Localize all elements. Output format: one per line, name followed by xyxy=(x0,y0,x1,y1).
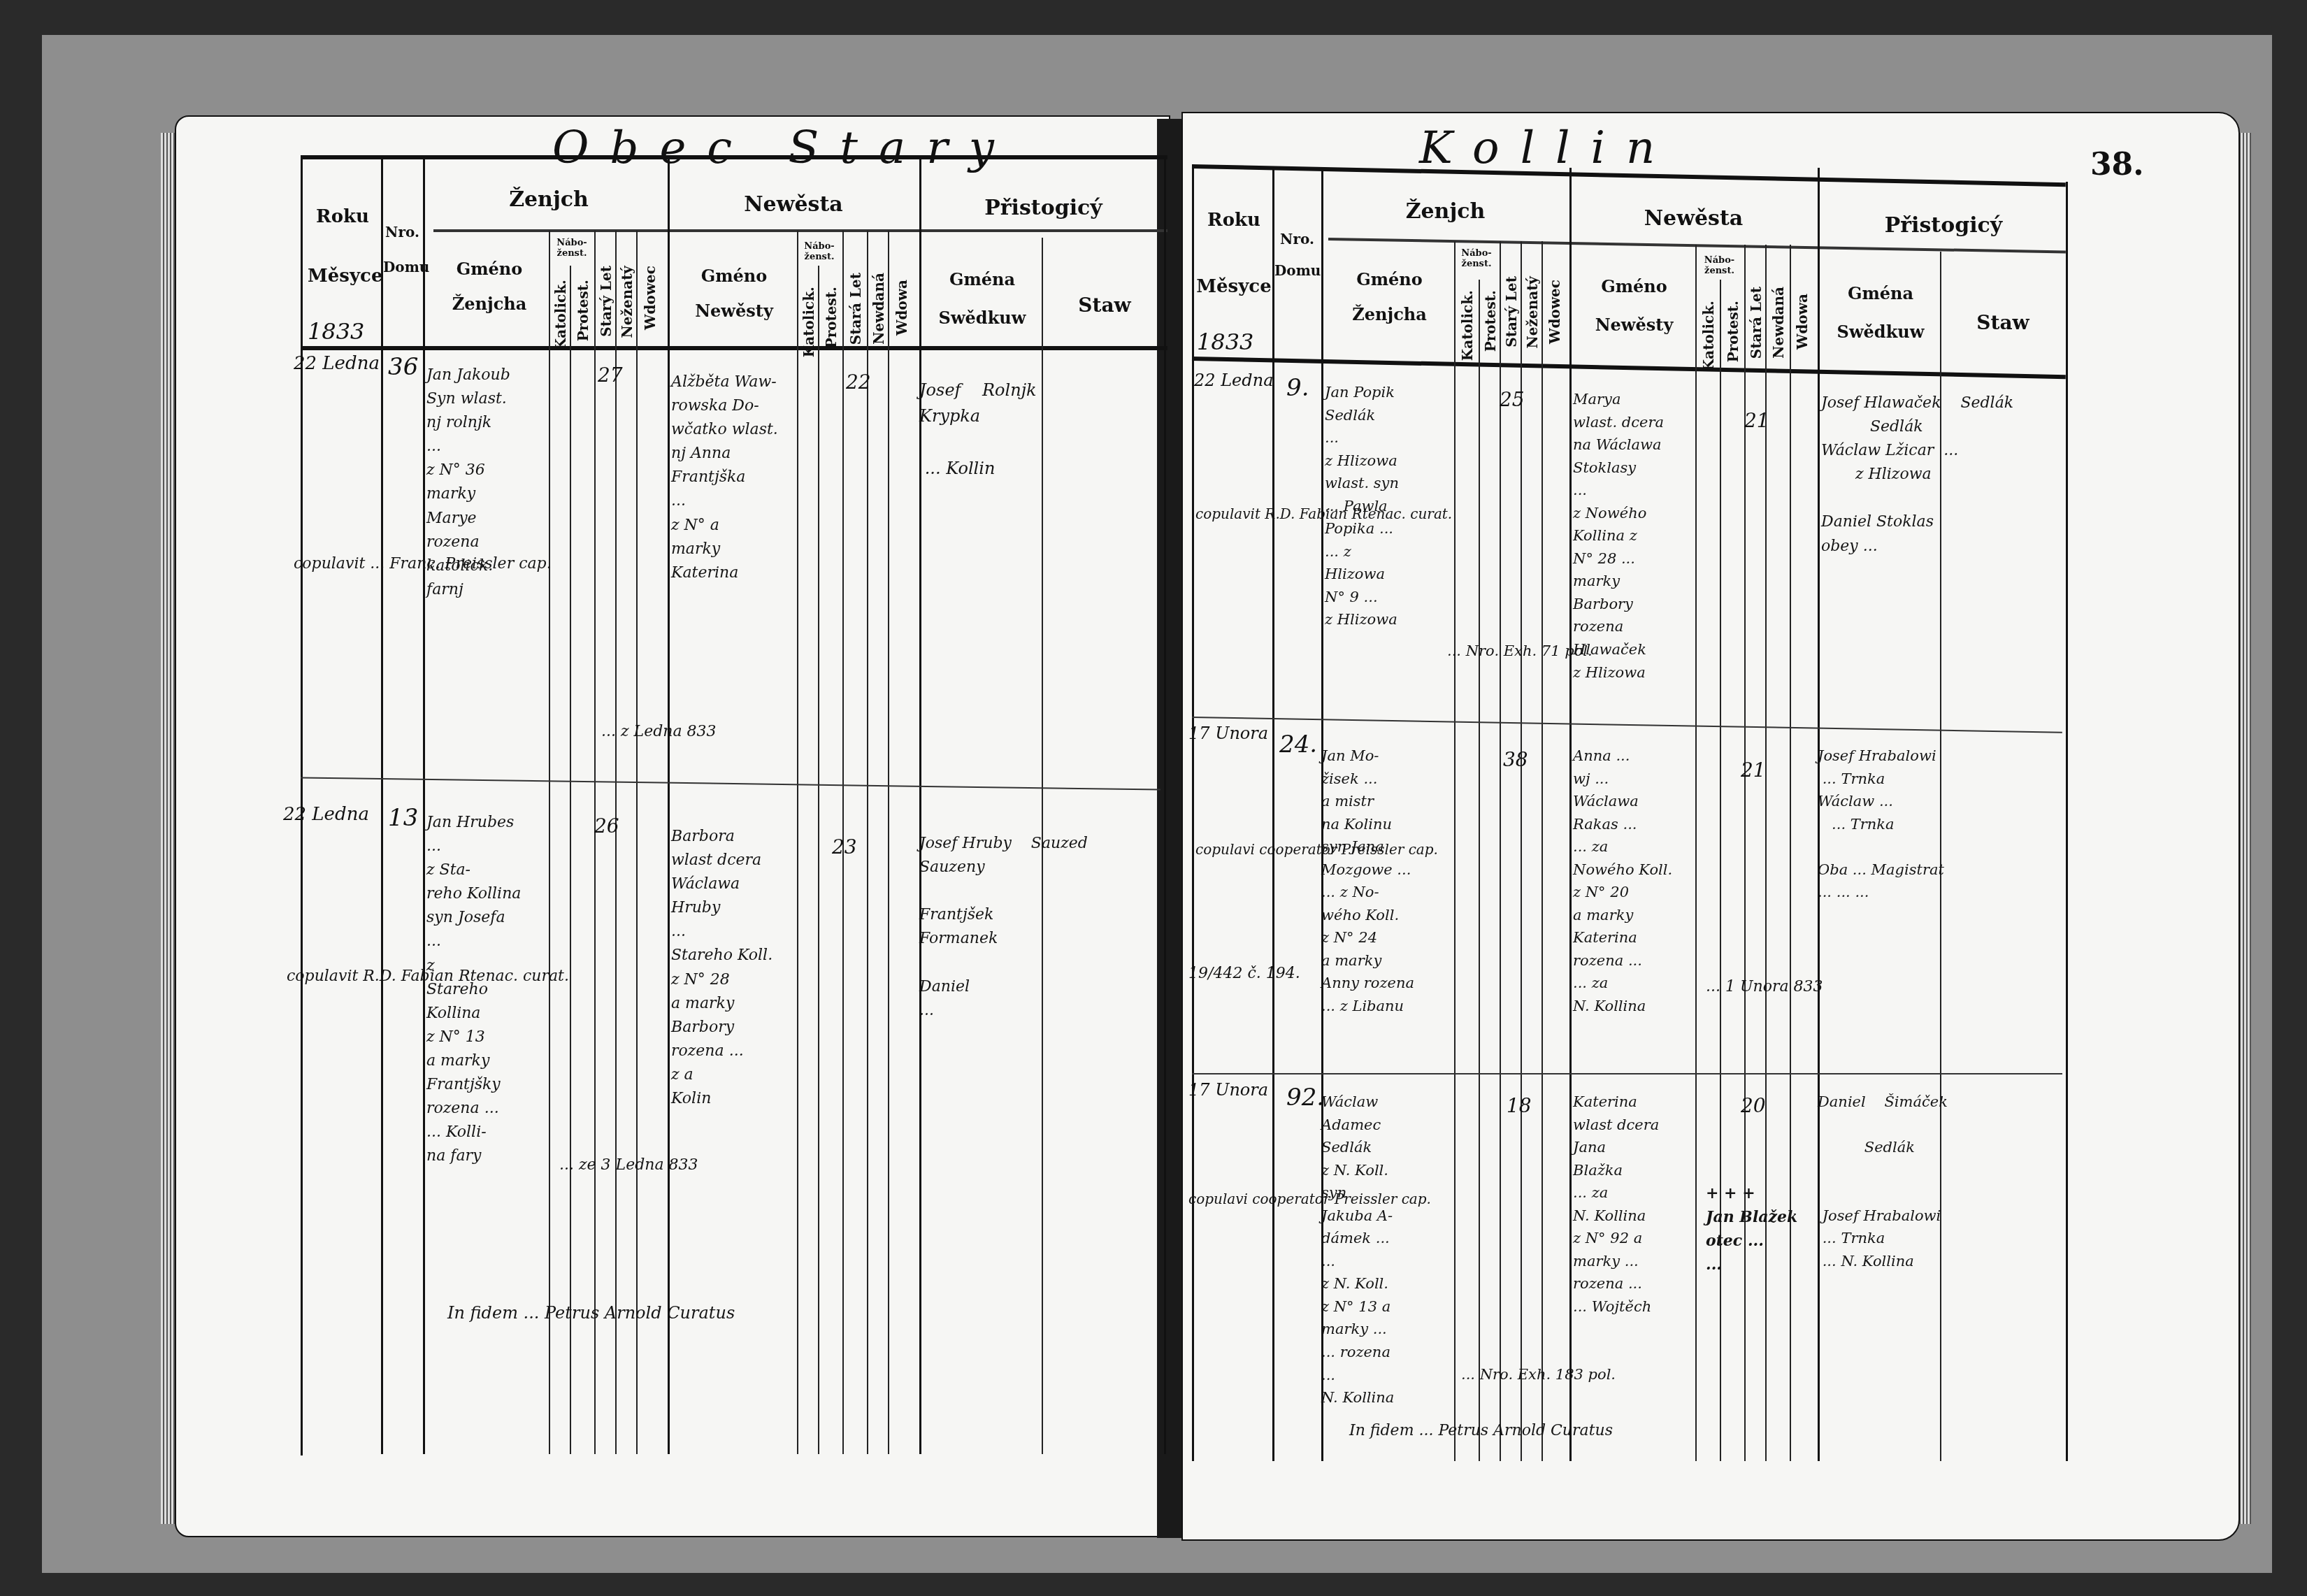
dispensation-note: ... Nro. Exh. 183 pol. xyxy=(1461,1363,1616,1386)
header-mesyce: Měsyce xyxy=(308,266,378,287)
col-divider xyxy=(594,231,596,1454)
groom-entry: Wáclaw Adamec Sedlák z N. Koll. syn Jaku… xyxy=(1321,1091,1394,1409)
header-roku: Roku xyxy=(308,206,378,227)
bride-age: 21 xyxy=(1741,759,1766,782)
left-border xyxy=(1192,164,1194,1461)
header-stary-let: Starý Let xyxy=(598,266,615,337)
year: 1833 xyxy=(308,318,364,345)
header-vdova: Wdowa xyxy=(1794,294,1811,350)
dispensation-note: ... ze 3 Ledna 833 xyxy=(559,1153,698,1177)
groom-entry: Jan Hrubes ... z Sta- reho Kollina syn J… xyxy=(426,811,521,1168)
col-divider xyxy=(1720,280,1721,1461)
house-number: 92. xyxy=(1286,1084,1324,1112)
cross-marks: + + + Jan Blažek otec ... ... xyxy=(1706,1181,1797,1277)
header-nabozenstvi: Nábo-ženst. xyxy=(1456,248,1497,269)
col-divider xyxy=(423,157,425,1454)
header-nevesta: Newěsta xyxy=(671,192,916,217)
header-gmeno-zenicha-1: Gméno xyxy=(1325,269,1454,289)
header-protest: Protest. xyxy=(1725,301,1741,362)
header-nezenaty: Neženatý xyxy=(1524,276,1541,348)
header-vdova: Wdowa xyxy=(893,280,910,336)
header-pristojici: Přistogicý xyxy=(1821,213,2066,238)
bride-age: 22 xyxy=(846,371,871,394)
header-domu: Domu xyxy=(1274,262,1320,279)
house-number: 36 xyxy=(388,353,418,381)
header-vdovec: Wdowec xyxy=(1546,280,1563,344)
dispensation-note: ... 1 Unora 833 xyxy=(1706,975,1823,999)
witness-entry: Josef Rolnjk Krypka ... Kollin xyxy=(919,378,1037,482)
header-gmena-svedkuw-1: Gména xyxy=(923,269,1042,289)
year: 1833 xyxy=(1197,329,1253,355)
col-divider xyxy=(1541,241,1543,1461)
groom-entry: Jan Mo- žisek ... a mistr na Kolinu syn … xyxy=(1321,745,1414,1018)
header-zenich: Ženjch xyxy=(433,187,664,212)
right-border xyxy=(1164,157,1166,1454)
header-roku: Roku xyxy=(1195,210,1272,231)
bride-entry: Alžběta Waw- rowska Do- wčatko wlast. nj… xyxy=(671,371,778,585)
header-nevdana: Newdaná xyxy=(1770,287,1787,359)
header-mid-rule xyxy=(433,229,1167,232)
col-divider xyxy=(1790,245,1791,1461)
col-divider xyxy=(1569,168,1572,1461)
officiant-note: copulavi cooperator Preissler cap. xyxy=(1188,1188,1431,1210)
header-domu: Domu xyxy=(383,259,422,275)
witness-entry: Daniel Šimáček Sedlák Josef Hrabalowi ..… xyxy=(1818,1091,1948,1272)
dispensation-note: ... z Ledna 833 xyxy=(601,720,717,744)
entry-separator xyxy=(1192,1073,2062,1074)
page-number: 38. xyxy=(2090,147,2144,182)
officiant-note: copulavit ... Franc. Preissler cap. xyxy=(294,552,552,576)
attestation-footer: In fidem ... Petrus Arnold Curatus xyxy=(1349,1419,1613,1443)
header-katolik: Katolick. xyxy=(1700,301,1717,371)
bride-entry: Katerina wlast dcera Jana Blažka ... za … xyxy=(1573,1091,1659,1318)
book-spine xyxy=(1157,119,1185,1538)
entry-date: 17 Unora xyxy=(1188,1080,1268,1100)
header-vdovec: Wdowec xyxy=(642,266,659,330)
header-nezenaty: Neženatý xyxy=(619,266,635,338)
header-nabozenstvi: Nábo-ženst. xyxy=(1697,255,1742,276)
header-nro: Nro. xyxy=(383,224,422,240)
header-gmeno-zenicha-2: Ženjcha xyxy=(1325,304,1454,324)
header-stara-let: Stará Let xyxy=(847,273,864,345)
header-katolik: Katolick. xyxy=(800,287,817,357)
entry-date: 22 Ledna xyxy=(283,804,369,825)
col-divider xyxy=(549,231,550,1454)
header-stary-let: Starý Let xyxy=(1503,276,1520,347)
groom-age: 27 xyxy=(598,364,623,387)
house-number: 24. xyxy=(1279,731,1317,759)
col-divider xyxy=(381,157,383,1454)
col-divider xyxy=(1479,280,1480,1461)
col-divider xyxy=(636,231,638,1454)
dispensation-note: ... Nro. Exh. 71 pol. xyxy=(1447,640,1593,663)
header-gmena-svedkuw-2: Swědkuw xyxy=(1821,322,1940,342)
groom-age: 18 xyxy=(1507,1094,1532,1117)
header-protest: Protest. xyxy=(1482,290,1499,352)
header-nro: Nro. xyxy=(1274,231,1320,247)
officiant-note: copulavit R.D. Fabian Rtenac. curat. xyxy=(1195,503,1452,525)
header-zenich: Ženjch xyxy=(1325,199,1566,224)
right-page-title: Kollin xyxy=(1419,122,1676,174)
col-divider xyxy=(818,266,819,1454)
groom-age: 38 xyxy=(1503,748,1528,771)
witness-entry: Josef Hrabalowi ... Trnka Wáclaw ... ...… xyxy=(1818,745,1944,904)
entry-date: 22 Ledna xyxy=(1194,371,1273,390)
col-divider xyxy=(888,231,889,1454)
col-divider xyxy=(1272,168,1274,1461)
right-border xyxy=(2066,182,2068,1461)
bride-entry: Anna ... wj ... Wáclawa Rakas ... ... za… xyxy=(1573,745,1672,1018)
col-divider xyxy=(570,266,571,1454)
header-gmeno-nevesty-1: Gméno xyxy=(671,266,797,286)
house-number: 9. xyxy=(1286,374,1309,402)
header-staw: Staw xyxy=(1943,311,2062,334)
bride-age: 23 xyxy=(832,835,857,858)
header-top-rule xyxy=(301,155,1167,159)
header-katolik: Katolick. xyxy=(1459,290,1476,361)
header-staw: Staw xyxy=(1045,294,1164,317)
header-gmeno-zenicha-2: Ženjcha xyxy=(430,294,549,314)
side-number: 19/442 č. 194. xyxy=(1188,965,1300,982)
header-protest: Protest. xyxy=(575,280,591,341)
header-gmeno-nevesty-1: Gméno xyxy=(1573,276,1695,296)
house-number: 13 xyxy=(388,804,418,832)
header-gmena-svedkuw-1: Gména xyxy=(1821,283,1940,303)
header-pristojici: Přistogicý xyxy=(923,196,1164,220)
header-protest: Protest. xyxy=(823,287,840,348)
header-nabozenstvi: Nábo-ženst. xyxy=(798,241,840,262)
officiant-note: copulavit R.D. Fabian Rtenac. curat. xyxy=(287,965,569,988)
entry-date: 22 Ledna xyxy=(294,353,380,374)
header-gmeno-nevesty-2: Newěsty xyxy=(671,301,797,321)
col-divider xyxy=(668,157,670,1454)
header-gmeno-nevesty-2: Newěsty xyxy=(1573,315,1695,335)
header-gmeno-zenicha-1: Gméno xyxy=(430,259,549,279)
bride-entry: Barbora wlast dcera Wáclawa Hruby ... St… xyxy=(671,825,772,1111)
col-divider xyxy=(1521,241,1522,1461)
header-stara-let: Stará Let xyxy=(1748,287,1765,359)
col-divider xyxy=(1454,241,1456,1461)
header-katolik: Katolick. xyxy=(552,280,569,350)
col-divider xyxy=(919,157,921,1454)
header-nevdana: Newdaná xyxy=(870,273,887,345)
entry-date: 17 Unora xyxy=(1188,724,1268,743)
col-divider xyxy=(1500,241,1501,1461)
groom-age: 26 xyxy=(594,814,619,837)
header-bottom-rule xyxy=(301,346,1167,350)
col-divider xyxy=(1695,245,1697,1461)
header-mesyce: Měsyce xyxy=(1195,276,1272,297)
officiant-note: copulavi cooperator Preissler cap. xyxy=(1195,839,1438,861)
groom-age: 25 xyxy=(1500,388,1525,411)
header-gmena-svedkuw-2: Swědkuw xyxy=(923,308,1042,328)
left-page-title: Obec Stary xyxy=(552,122,1015,174)
bride-age: 20 xyxy=(1741,1094,1766,1117)
attestation-footer: In fidem ... Petrus Arnold Curatus xyxy=(447,1300,735,1326)
col-divider xyxy=(797,231,798,1454)
col-divider xyxy=(615,231,617,1454)
bride-age: 21 xyxy=(1744,409,1769,432)
col-divider xyxy=(867,231,868,1454)
header-nabozenstvi: Nábo-ženst. xyxy=(551,238,593,259)
witness-entry: Josef Hruby Sauzed Sauzeny Frantjšek For… xyxy=(919,832,1088,1023)
header-nevesta: Newěsta xyxy=(1573,206,1814,231)
witness-entry: Josef Hlawaček Sedlák Sedlák Wáclaw Lžic… xyxy=(1821,391,2013,559)
